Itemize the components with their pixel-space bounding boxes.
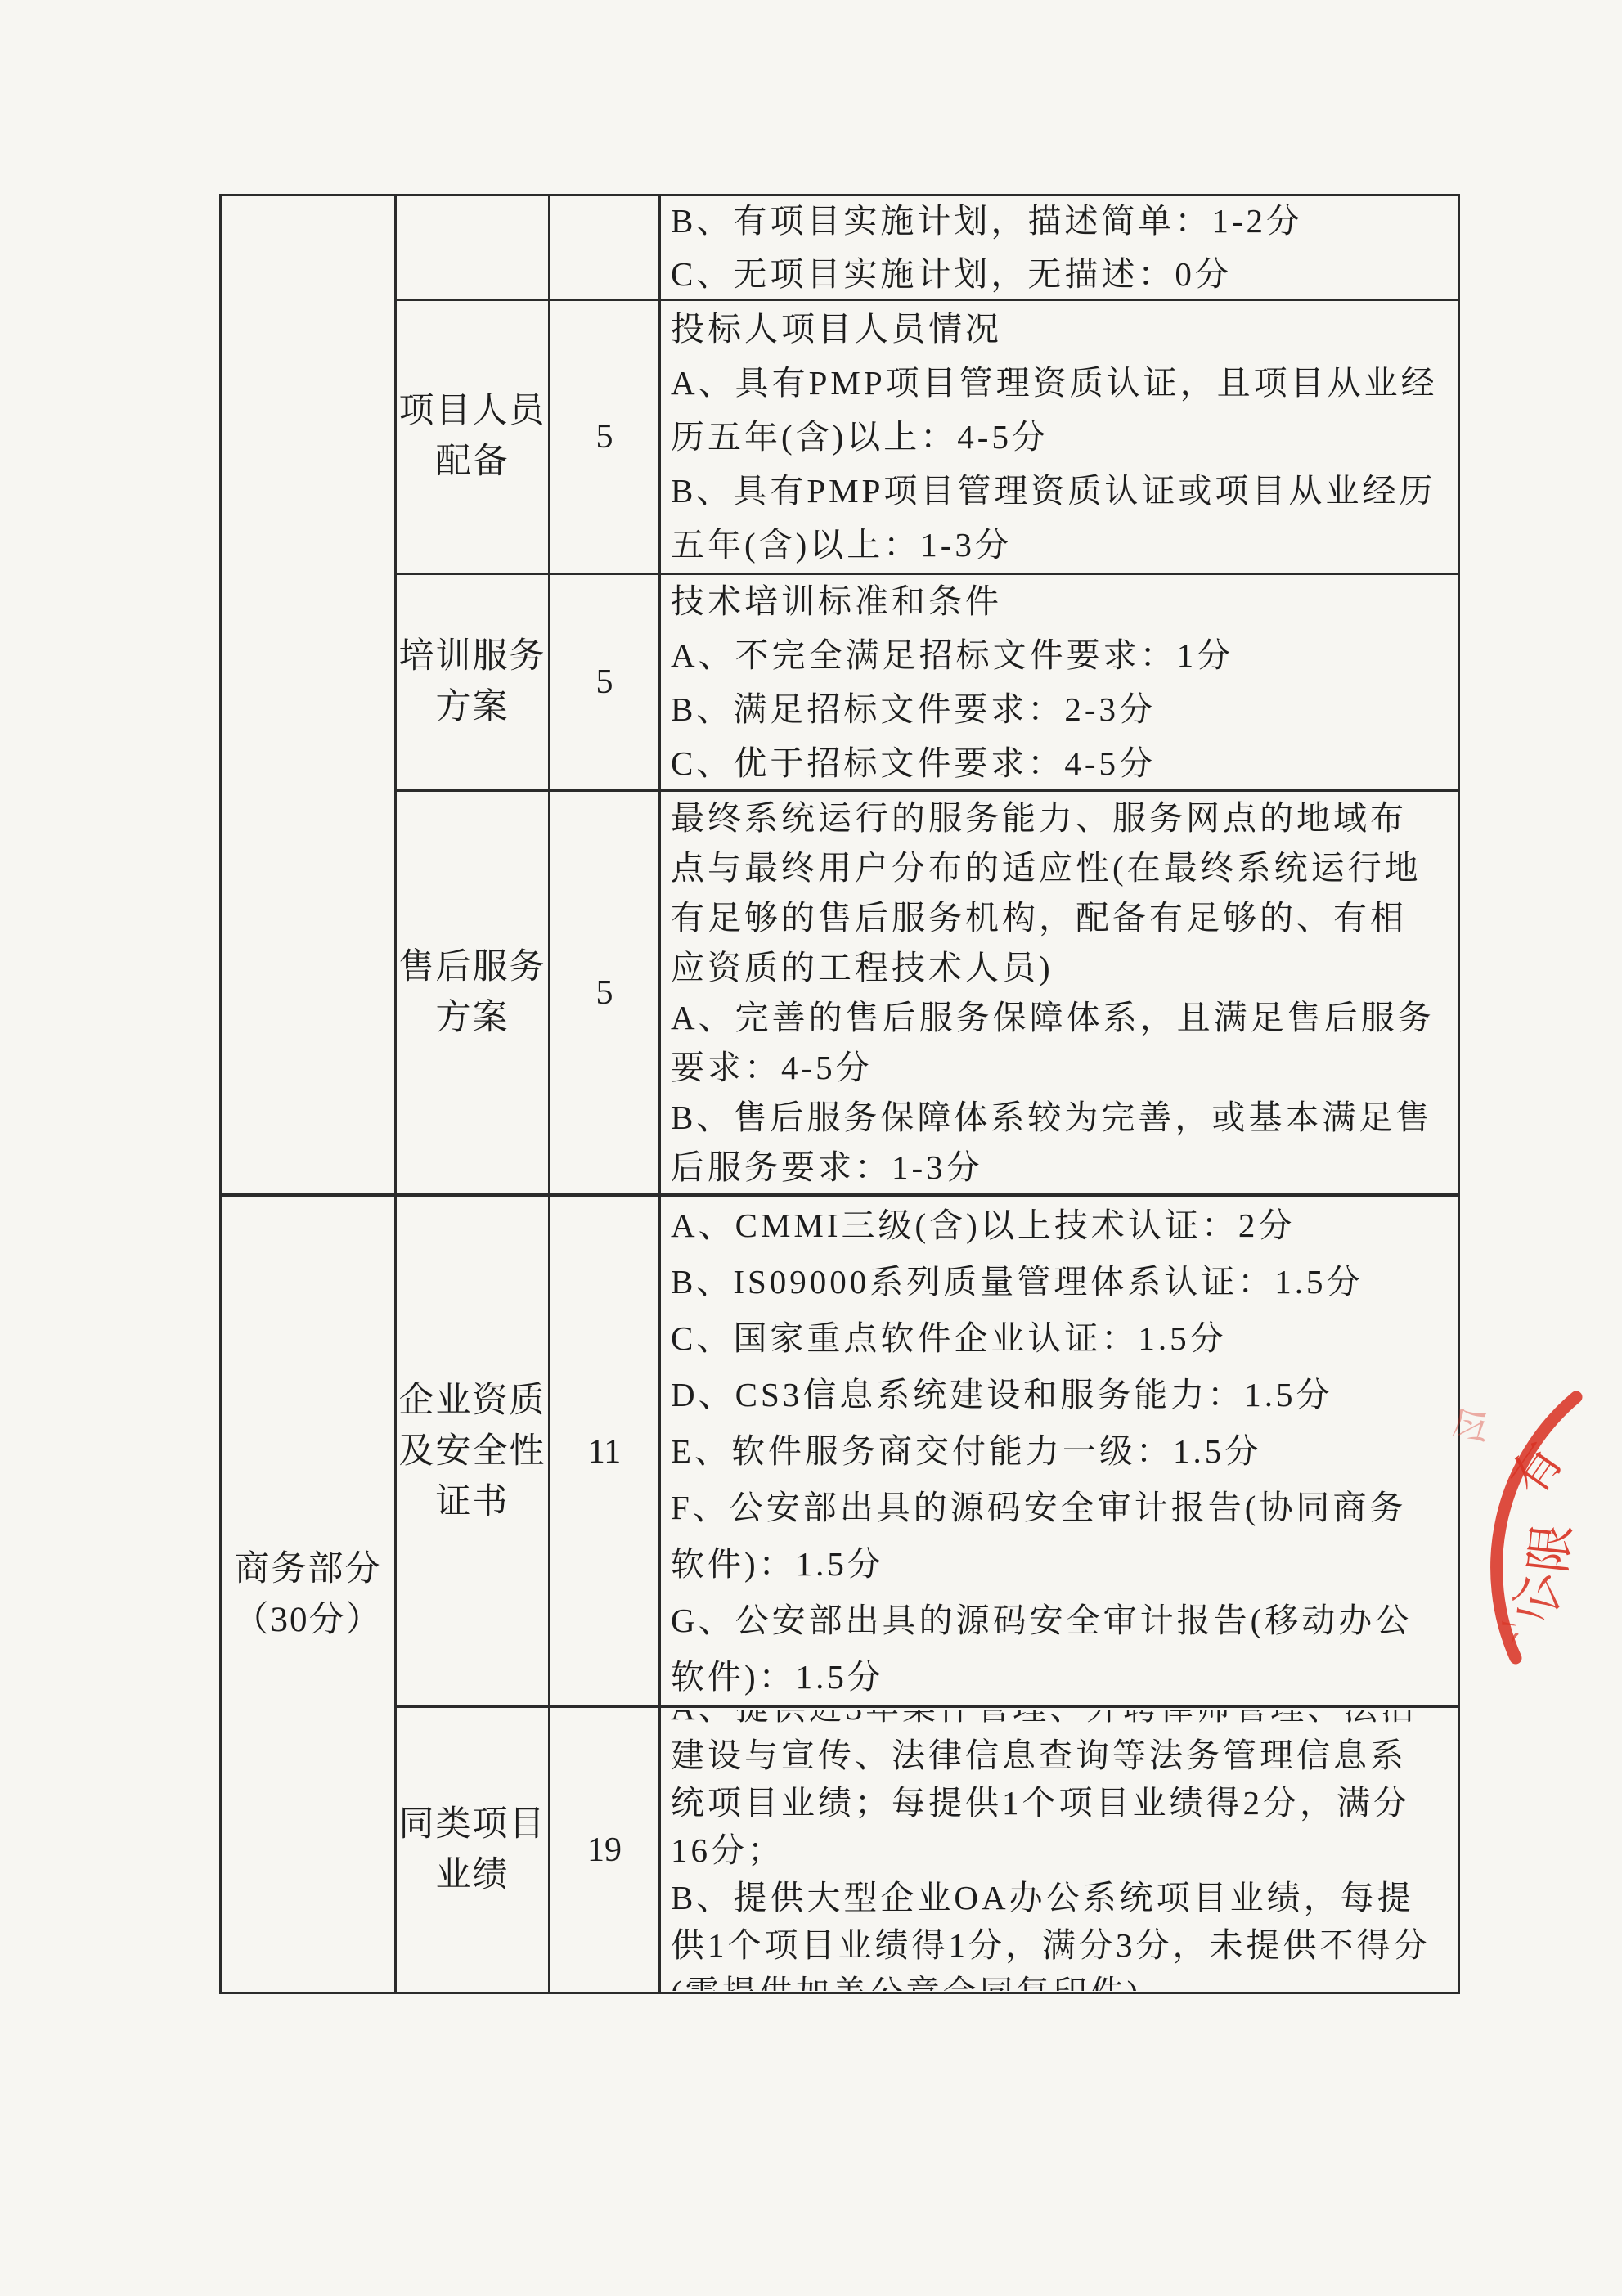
seal-partial-char-bottom: 丷	[1487, 1604, 1541, 1656]
criteria-paragraph: D、CS3信息系统建设和服务能力：1.5分	[671, 1367, 1438, 1423]
criteria-cell-project-staffing: 投标人项目人员情况 A、具有PMP项目管理资质认证，且项目从业经历五年(含)以上…	[660, 300, 1459, 574]
criteria-paragraph: 投标人项目人员情况	[671, 303, 1438, 357]
criteria-cell-enterprise-qualification: A、CMMI三级(含)以上技术认证：2分 B、IS09000系列质量管理体系认证…	[660, 1196, 1459, 1707]
seal-char: 限	[1521, 1521, 1580, 1576]
score-cell-similar-project-performance: 19	[550, 1707, 660, 1993]
criteria-paragraph: A、CMMI三级(含)以上技术认证：2分	[671, 1198, 1438, 1254]
criteria-paragraph: C、无项目实施计划，无描述：0分	[671, 248, 1438, 298]
criteria-paragraph: A、具有PMP项目管理资质认证，且项目从业经历五年(含)以上：4-5分	[671, 356, 1438, 464]
item-cell-after-sales-service: 售后服务 方案	[396, 791, 550, 1196]
criteria-paragraph: C、国家重点软件企业认证：1.5分	[671, 1310, 1438, 1367]
score-cell-empty	[550, 195, 660, 300]
score-cell-project-staffing: 5	[550, 300, 660, 574]
category-cell-upper-empty	[221, 195, 396, 1196]
score-cell-training-service: 5	[550, 574, 660, 791]
score-cell-enterprise-qualification: 11	[550, 1196, 660, 1707]
item-cell-empty	[396, 195, 550, 300]
score-cell-after-sales-service: 5	[550, 791, 660, 1196]
item-cell-similar-project-performance: 同类项目 业绩	[396, 1707, 550, 1993]
criteria-paragraph: C、优于招标文件要求：4-5分	[671, 736, 1438, 789]
criteria-paragraph: 技术培训标准和条件	[671, 577, 1438, 629]
item-cell-training-service: 培训服务 方案	[396, 574, 550, 791]
evaluation-criteria-table: B、有项目实施计划，描述简单：1-2分 C、无项目实施计划，无描述：0分 项目人…	[219, 194, 1460, 1994]
criteria-paragraph: A、不完全满足招标文件要求：1分	[671, 628, 1438, 682]
category-cell-commercial-part: 商务部分 （30分）	[221, 1196, 396, 1993]
seal-ring-arc	[1497, 1397, 1576, 1658]
criteria-paragraph: B、IS09000系列质量管理体系认证：1.5分	[671, 1254, 1438, 1310]
seal-char: 有	[1501, 1434, 1573, 1505]
criteria-cell-training-service: 技术培训标准和条件 A、不完全满足招标文件要求：1分 B、满足招标文件要求：2-…	[660, 574, 1459, 791]
criteria-paragraph: B、满足招标文件要求：2-3分	[671, 682, 1438, 736]
criteria-cell-similar-project-performance: A、提供近3年案件管理、外聘律师管理、法治建设与宣传、法律信息查询等法务管理信息…	[660, 1707, 1459, 1993]
scanned-document-page: B、有项目实施计划，描述简单：1-2分 C、无项目实施计划，无描述：0分 项目人…	[0, 0, 1622, 2296]
criteria-paragraph: A、完善的售后服务保障体系，且满足售后服务要求：4-5分	[671, 993, 1438, 1093]
criteria-cell-after-sales-service: 最终系统运行的服务能力、服务网点的地域布点与最终用户分布的适应性(在最终系统运行…	[660, 791, 1459, 1196]
criteria-paragraph: F、公安部出具的源码安全审计报告(协同商务软件)：1.5分	[671, 1480, 1438, 1593]
criteria-paragraph: B、有项目实施计划，描述简单：1-2分	[671, 198, 1438, 248]
criteria-paragraph: B、提供大型企业OA办公系统项目业绩，每提供1个项目业绩得1分，满分3分，未提供…	[671, 1874, 1438, 1991]
criteria-paragraph: 最终系统运行的服务能力、服务网点的地域布点与最终用户分布的适应性(在最终系统运行…	[671, 793, 1438, 993]
criteria-cell-implementation-plan: B、有项目实施计划，描述简单：1-2分 C、无项目实施计划，无描述：0分	[660, 195, 1459, 300]
item-cell-project-staffing: 项目人员 配备	[396, 300, 550, 574]
criteria-paragraph: G、公安部出具的源码安全审计报告(移动办公软件)：1.5分	[671, 1593, 1438, 1705]
criteria-paragraph: E、软件服务商交付能力一级：1.5分	[671, 1423, 1438, 1480]
seal-char: 公	[1503, 1566, 1570, 1629]
item-cell-enterprise-qualification: 企业资质 及安全性 证书	[396, 1196, 550, 1707]
criteria-paragraph: A、提供近3年案件管理、外聘律师管理、法治建设与宣传、法律信息查询等法务管理信息…	[671, 1710, 1438, 1874]
criteria-paragraph: B、售后服务保障体系较为完善，或基本满足售后服务要求：1-3分	[671, 1093, 1438, 1193]
criteria-paragraph: B、具有PMP项目管理资质认证或项目从业经历五年(含)以上：1-3分	[671, 464, 1438, 572]
